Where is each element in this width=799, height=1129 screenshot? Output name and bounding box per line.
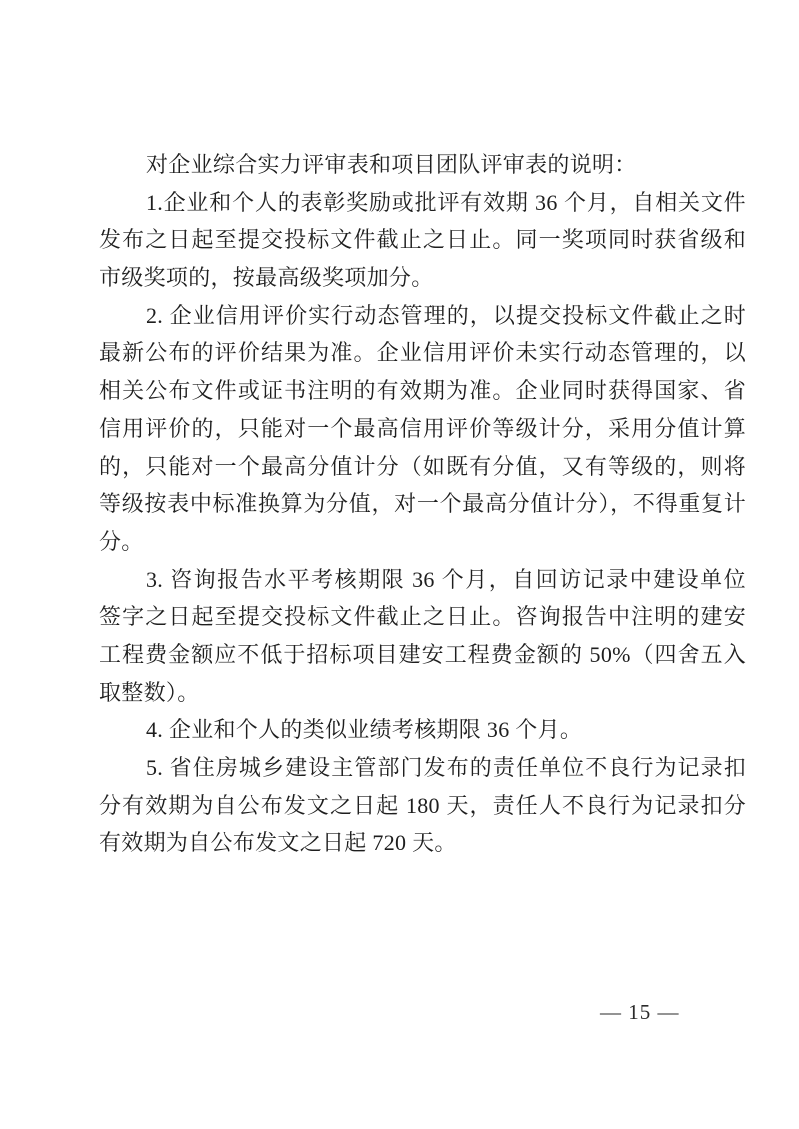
text-line: 等级按表中标准换算为分值，对一个最高分值计分），不得重复计 <box>99 485 746 523</box>
text-line: 有效期为自公布发文之日起 720 天。 <box>99 824 746 862</box>
text-line: 3. 咨询报告水平考核期限 36 个月，自回访记录中建设单位 <box>99 561 746 599</box>
text-line: 分。 <box>99 523 746 561</box>
text-line: 的，只能对一个最高分值计分（如既有分值，又有等级的，则将 <box>99 448 746 486</box>
text-line: 信用评价的，只能对一个最高信用评价等级计分，采用分值计算 <box>99 410 746 448</box>
text-line: 1.企业和个人的表彰奖励或批评有效期 36 个月，自相关文件 <box>99 184 746 222</box>
text-line: 相关公布文件或证书注明的有效期为准。企业同时获得国家、省 <box>99 372 746 410</box>
text-line: 市级奖项的，按最高级奖项加分。 <box>99 259 746 297</box>
text-line: 4. 企业和个人的类似业绩考核期限 36 个月。 <box>99 711 746 749</box>
text-line: 签字之日起至提交投标文件截止之日止。咨询报告中注明的建安 <box>99 598 746 636</box>
page-number: — 15 — <box>600 998 680 1026</box>
text-line: 对企业综合实力评审表和项目团队评审表的说明： <box>99 146 746 184</box>
document-page: 对企业综合实力评审表和项目团队评审表的说明：1.企业和个人的表彰奖励或批评有效期… <box>0 0 799 1129</box>
text-line: 取整数）。 <box>99 674 746 712</box>
text-line: 2. 企业信用评价实行动态管理的，以提交投标文件截止之时 <box>99 297 746 335</box>
text-line: 最新公布的评价结果为准。企业信用评价未实行动态管理的，以 <box>99 334 746 372</box>
document-text: 对企业综合实力评审表和项目团队评审表的说明：1.企业和个人的表彰奖励或批评有效期… <box>99 146 746 862</box>
text-line: 发布之日起至提交投标文件截止之日止。同一奖项同时获省级和 <box>99 221 746 259</box>
text-line: 分有效期为自公布发文之日起 180 天，责任人不良行为记录扣分 <box>99 787 746 825</box>
text-line: 5. 省住房城乡建设主管部门发布的责任单位不良行为记录扣 <box>99 749 746 787</box>
text-line: 工程费金额应不低于招标项目建安工程费金额的 50%（四舍五入 <box>99 636 746 674</box>
